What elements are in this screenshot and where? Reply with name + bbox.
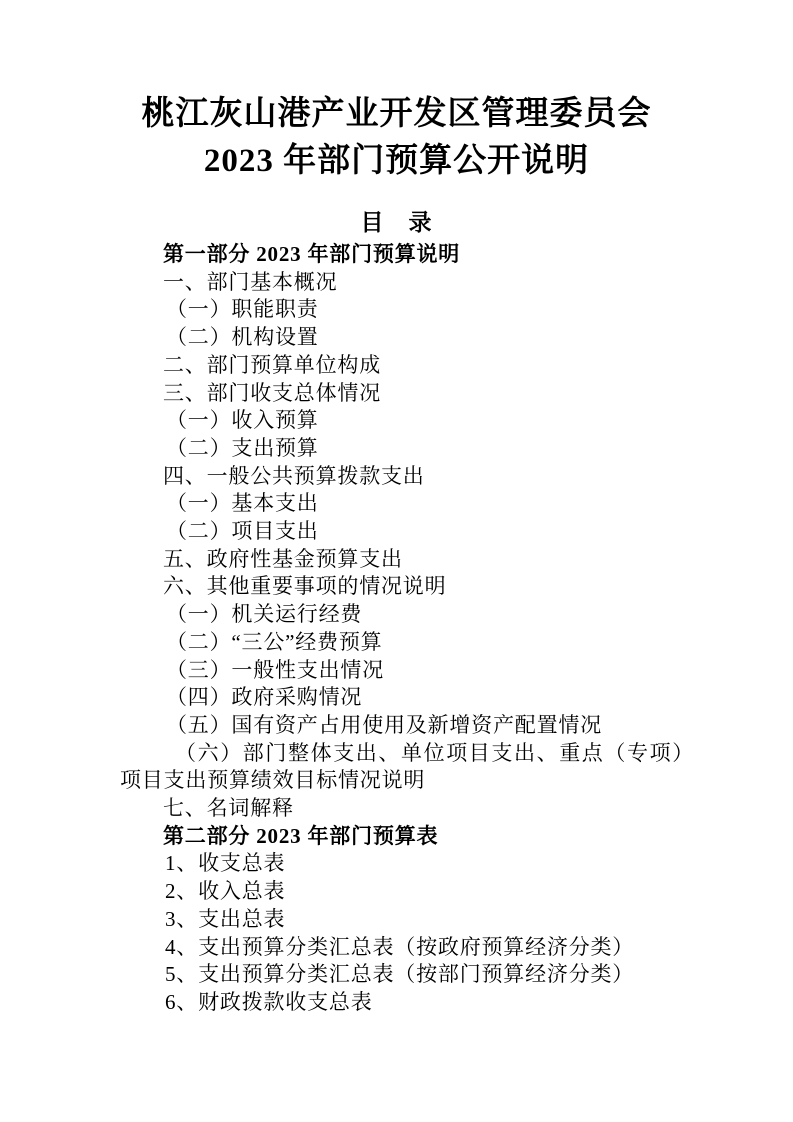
toc-line: 七、名词解释 bbox=[163, 795, 698, 823]
toc-line: （一）机关运行经费 bbox=[166, 601, 698, 629]
document-title-line1: 桃江灰山港产业开发区管理委员会 bbox=[0, 91, 793, 138]
toc-line: （二）“三公”经费预算 bbox=[166, 629, 698, 657]
toc-line: 1、收支总表 bbox=[165, 850, 698, 878]
toc-line: （一）收入预算 bbox=[166, 407, 698, 435]
toc-line: 项目支出预算绩效目标情况说明 bbox=[120, 767, 698, 795]
toc-section-heading: 第二部分 2023 年部门预算表 bbox=[163, 823, 698, 851]
toc-line: 六、其他重要事项的情况说明 bbox=[163, 573, 698, 601]
document-title-line2: 2023 年部门预算公开说明 bbox=[0, 138, 793, 185]
toc-line: （六）部门整体支出、单位项目支出、重点（专项） bbox=[175, 740, 698, 768]
toc-list: 第一部分 2023 年部门预算说明一、部门基本概况（一）职能职责（二）机构设置二… bbox=[120, 241, 698, 1017]
toc-line: 5、支出预算分类汇总表（按部门预算经济分类） bbox=[165, 961, 698, 989]
toc-line: （三）一般性支出情况 bbox=[166, 657, 698, 685]
toc-line: （二）项目支出 bbox=[166, 518, 698, 546]
toc-line: （一）职能职责 bbox=[166, 296, 698, 324]
document-page: 桃江灰山港产业开发区管理委员会 2023 年部门预算公开说明 目 录 第一部分 … bbox=[0, 0, 793, 1122]
toc-line: 一、部门基本概况 bbox=[163, 269, 698, 297]
document-title: 桃江灰山港产业开发区管理委员会 2023 年部门预算公开说明 bbox=[0, 0, 793, 185]
toc-line: 6、财政拨款收支总表 bbox=[165, 989, 698, 1017]
toc-line: 三、部门收支总体情况 bbox=[163, 380, 698, 408]
toc-line: 四、一般公共预算拨款支出 bbox=[163, 463, 698, 491]
toc-heading: 目 录 bbox=[0, 208, 793, 238]
toc-line: （二）机构设置 bbox=[166, 324, 698, 352]
toc-section-heading: 第一部分 2023 年部门预算说明 bbox=[163, 241, 698, 269]
toc-line: （一）基本支出 bbox=[166, 490, 698, 518]
toc-line: （四）政府采购情况 bbox=[166, 684, 698, 712]
toc-line: 五、政府性基金预算支出 bbox=[163, 546, 698, 574]
toc-line: 2、收入总表 bbox=[165, 878, 698, 906]
toc-line: 3、支出总表 bbox=[165, 906, 698, 934]
toc-line: （二）支出预算 bbox=[166, 435, 698, 463]
toc-line: 二、部门预算单位构成 bbox=[163, 352, 698, 380]
toc-line: （五）国有资产占用使用及新增资产配置情况 bbox=[166, 712, 698, 740]
toc-line: 4、支出预算分类汇总表（按政府预算经济分类） bbox=[165, 934, 698, 962]
